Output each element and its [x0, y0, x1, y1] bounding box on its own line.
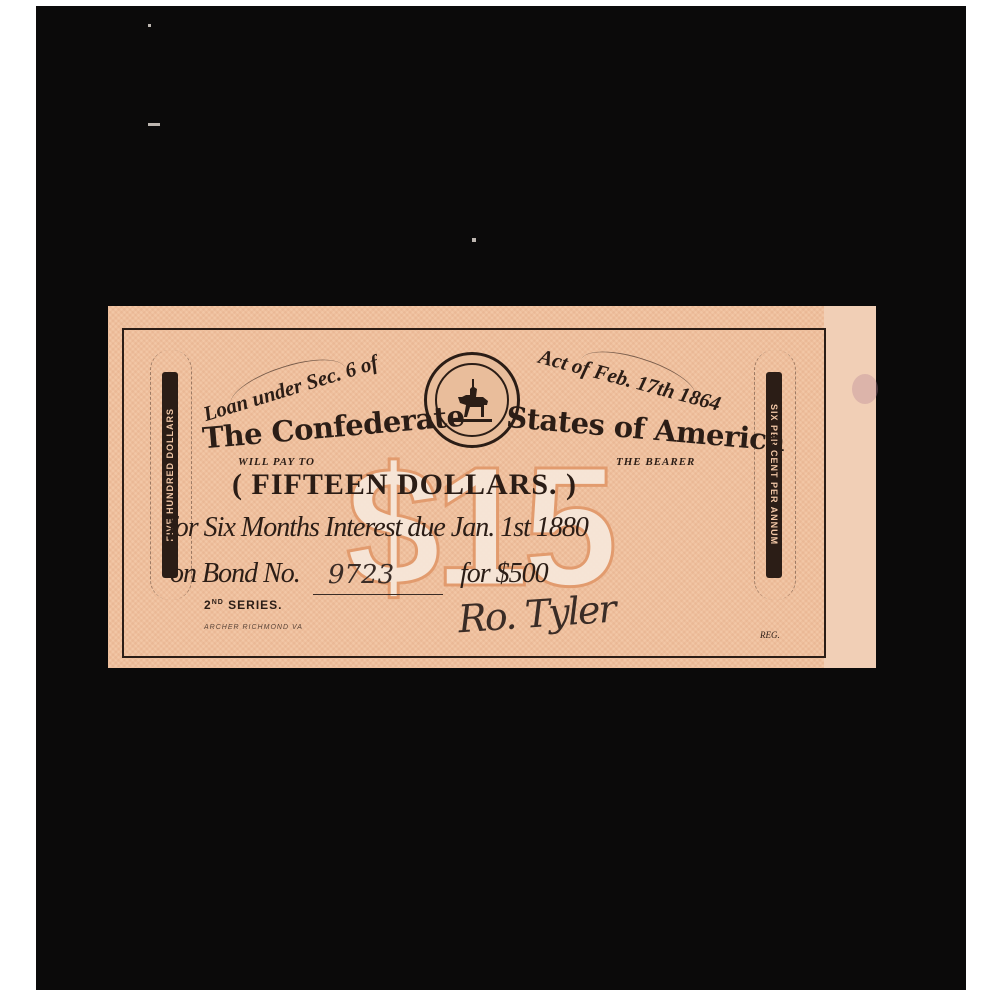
bond-number: 9723 — [328, 560, 394, 590]
bond-number-underline — [313, 594, 443, 595]
side-panel-right: SIX PER CENT PER ANNUM — [766, 372, 782, 578]
interest-line: for Six Months Interest due Jan. 1st 188… — [168, 512, 588, 544]
coupon-stub — [824, 306, 876, 668]
bond-prefix: on Bond No. — [170, 558, 300, 590]
side-panel-left: FIVE HUNDRED DOLLARS — [162, 372, 178, 578]
series-label: 2ND SERIES. — [204, 598, 283, 612]
the-bearer-label: THE BEARER — [616, 456, 695, 468]
dust-speck — [148, 24, 151, 27]
dust-speck — [472, 238, 476, 242]
series-ordinal: ND — [212, 599, 224, 606]
series-word: SERIES. — [224, 598, 283, 612]
series-number: 2 — [204, 598, 212, 612]
bond-denomination: for $500 — [460, 558, 548, 590]
printer-imprint: ARCHER RICHMOND VA — [204, 624, 303, 631]
dust-speck — [148, 123, 160, 126]
amount-text: ( FIFTEEN DOLLARS. ) — [232, 468, 577, 502]
ink-smudge — [852, 374, 878, 404]
will-pay-to-label: WILL PAY TO — [238, 456, 315, 468]
reg-label: REG. — [760, 630, 780, 640]
bond-coupon: $15 FIVE HUNDRED DOLLARS SIX PER CENT PE… — [108, 306, 876, 668]
black-mat-background: $15 FIVE HUNDRED DOLLARS SIX PER CENT PE… — [36, 6, 966, 990]
